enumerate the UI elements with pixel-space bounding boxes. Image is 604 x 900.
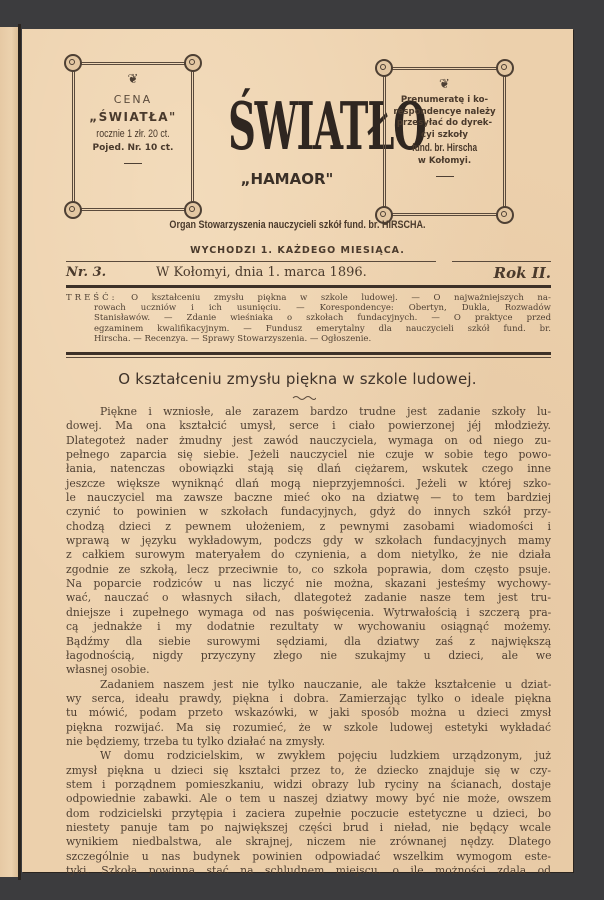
frequency-line: WYCHODZI 1. KAŻDEGO MIESIĄCA. bbox=[44, 245, 551, 256]
single-issue-price: Pojed. Nr. 10 ct. bbox=[75, 143, 191, 153]
table-of-contents: TREŚĆ: O kształceniu zmysłu piękna w szk… bbox=[66, 293, 551, 344]
masthead: ŚWIATŁO „HAMAOR" bbox=[192, 84, 382, 188]
annual-price: rocznie 1 złr. 20 ct. bbox=[87, 128, 180, 140]
contents-label: TREŚĆ: bbox=[66, 293, 117, 303]
subscription-box: ❦ Prenumeratę i ko- respondencye należy … bbox=[383, 67, 506, 216]
article-line: pełnego zaparcia się siebie. Jeżeli nauc… bbox=[66, 448, 551, 462]
article-line: łagodnością, nigdy przyczyny złego nie s… bbox=[66, 649, 551, 663]
article-line: dniejsze i zupełnego wymaga od nas poświ… bbox=[66, 606, 551, 620]
article-line: Zadaniem naszem jest nie tylko nauczanie… bbox=[66, 678, 551, 692]
article-line: piękna rozwijać. Ma się rozumieć, że w s… bbox=[66, 721, 551, 735]
article-line: wynikiem niedbalstwa, ale skrajnej, nicz… bbox=[66, 835, 551, 849]
subscription-text: Prenumeratę i ko- respondencye należy pr… bbox=[392, 95, 497, 141]
ornament-corner-icon bbox=[64, 54, 82, 72]
rule bbox=[66, 261, 436, 262]
price-box: ❦ CENA „ŚWIATŁA" rocznie 1 złr. 20 ct. P… bbox=[72, 62, 194, 211]
article-line: W domu rodzicielskim, w zwykłem pojęciu … bbox=[66, 749, 551, 763]
issue-number: Nr. 3. bbox=[66, 265, 106, 280]
price-heading: CENA bbox=[75, 93, 191, 106]
article-line: wprawą w języku wykładowym, podczs gdy w… bbox=[66, 534, 551, 548]
article-line: jeszcze większe wyniknąć dlań mogą niepr… bbox=[66, 477, 551, 491]
ornament-corner-icon bbox=[375, 59, 393, 77]
rule-thick bbox=[66, 285, 551, 288]
ornament-corner-icon bbox=[64, 201, 82, 219]
publication-subtitle: „HAMAOR" bbox=[192, 170, 382, 188]
publication-title: ŚWIATŁO bbox=[228, 82, 346, 172]
article-title: O kształceniu zmysłu piękna w szkole lud… bbox=[44, 370, 551, 388]
article-line: Bądźmy dla siebie surowymi sędziami, dla… bbox=[66, 635, 551, 649]
article-line: niestety panuje tam po największej częśc… bbox=[66, 821, 551, 835]
article-line: własnej osobie. bbox=[66, 663, 551, 677]
article-line: czynić to powinien w szkołach fundacyjny… bbox=[66, 505, 551, 519]
book-spine bbox=[18, 24, 21, 880]
ornament-corner-icon bbox=[496, 59, 514, 77]
article-line: wać, nauczać o własnych siłach, dlategot… bbox=[66, 591, 551, 605]
divider bbox=[436, 176, 454, 177]
dateline: Nr. 3. W Kołomyi, dnia 1. marca 1896. Ro… bbox=[66, 265, 551, 285]
article-line: tyki. Szkoła powinna stać na schludnem m… bbox=[66, 864, 551, 878]
flower-ornament-icon: ❦ bbox=[75, 73, 191, 87]
article-line: z całkiem surowym materyałem do czynieni… bbox=[66, 548, 551, 562]
article-line: Dlategoteż nader żmudny jest zawód naucz… bbox=[66, 434, 551, 448]
ornament-corner-icon bbox=[184, 54, 202, 72]
article-line: cą jednakże i my dodatnie rezultaty w wy… bbox=[66, 620, 551, 634]
article-line: dom rodzicielski przytępia i zaciera zup… bbox=[66, 807, 551, 821]
previous-page-edge bbox=[0, 27, 19, 877]
article-line: Piękne i wzniosłe, ale zarazem bardzo tr… bbox=[66, 405, 551, 419]
rule bbox=[66, 357, 551, 358]
article-line: le nauczyciel ma zawsze baczne mieć oko … bbox=[66, 491, 551, 505]
squiggle-ornament-icon bbox=[292, 395, 316, 401]
article-line: nie będziemy, trzeba tu tylko działać na… bbox=[66, 735, 551, 749]
article-line: odpowiednie zabawki. Ale o tem u naszej … bbox=[66, 792, 551, 806]
article-line: chodzą dzieci z pewnem ułożeniem, z pewn… bbox=[66, 520, 551, 534]
place-date: W Kołomyi, dnia 1. marca 1896. bbox=[156, 265, 367, 280]
price-publication-name: „ŚWIATŁA" bbox=[75, 110, 191, 124]
organ-line: Organ Stowarzyszenia nauczycieli szkół f… bbox=[90, 219, 506, 231]
article-body: Piękne i wzniosłe, ale zarazem bardzo tr… bbox=[66, 405, 551, 878]
article-line: wy serca, ideału prawdy, piękna i dobra.… bbox=[66, 692, 551, 706]
article-line: stem i porządnem pomieszkaniu, widzi obr… bbox=[66, 778, 551, 792]
rule-thick bbox=[66, 352, 551, 355]
article-line: łania, natenczas obowiązki stają się dla… bbox=[66, 462, 551, 476]
divider bbox=[124, 163, 142, 164]
rule bbox=[452, 261, 551, 262]
article-line: zgodnie ze szkołą, lecz przeciwnie to, c… bbox=[66, 563, 551, 577]
article-line: zmysł piękna u dzieci się kształci przez… bbox=[66, 764, 551, 778]
flower-ornament-icon: ❦ bbox=[386, 78, 503, 92]
article-line: dowej. Ma ona kształcić umysł, serce i c… bbox=[66, 419, 551, 433]
school-city: w Kołomyi. bbox=[386, 156, 503, 166]
newspaper-page: ❦ CENA „ŚWIATŁA" rocznie 1 złr. 20 ct. P… bbox=[22, 29, 573, 872]
volume-year: Rok II. bbox=[494, 264, 551, 282]
article-line: tu mówić, podam przeto wskazówki, w jaki… bbox=[66, 706, 551, 720]
article-line: szczególnie u nas budynek powinien odpow… bbox=[66, 850, 551, 864]
ornament-corner-icon bbox=[184, 201, 202, 219]
article-line: Na poparcie rodziców u nas liczyć nie mo… bbox=[66, 577, 551, 591]
school-name: fund. br. Hirscha bbox=[401, 142, 489, 154]
